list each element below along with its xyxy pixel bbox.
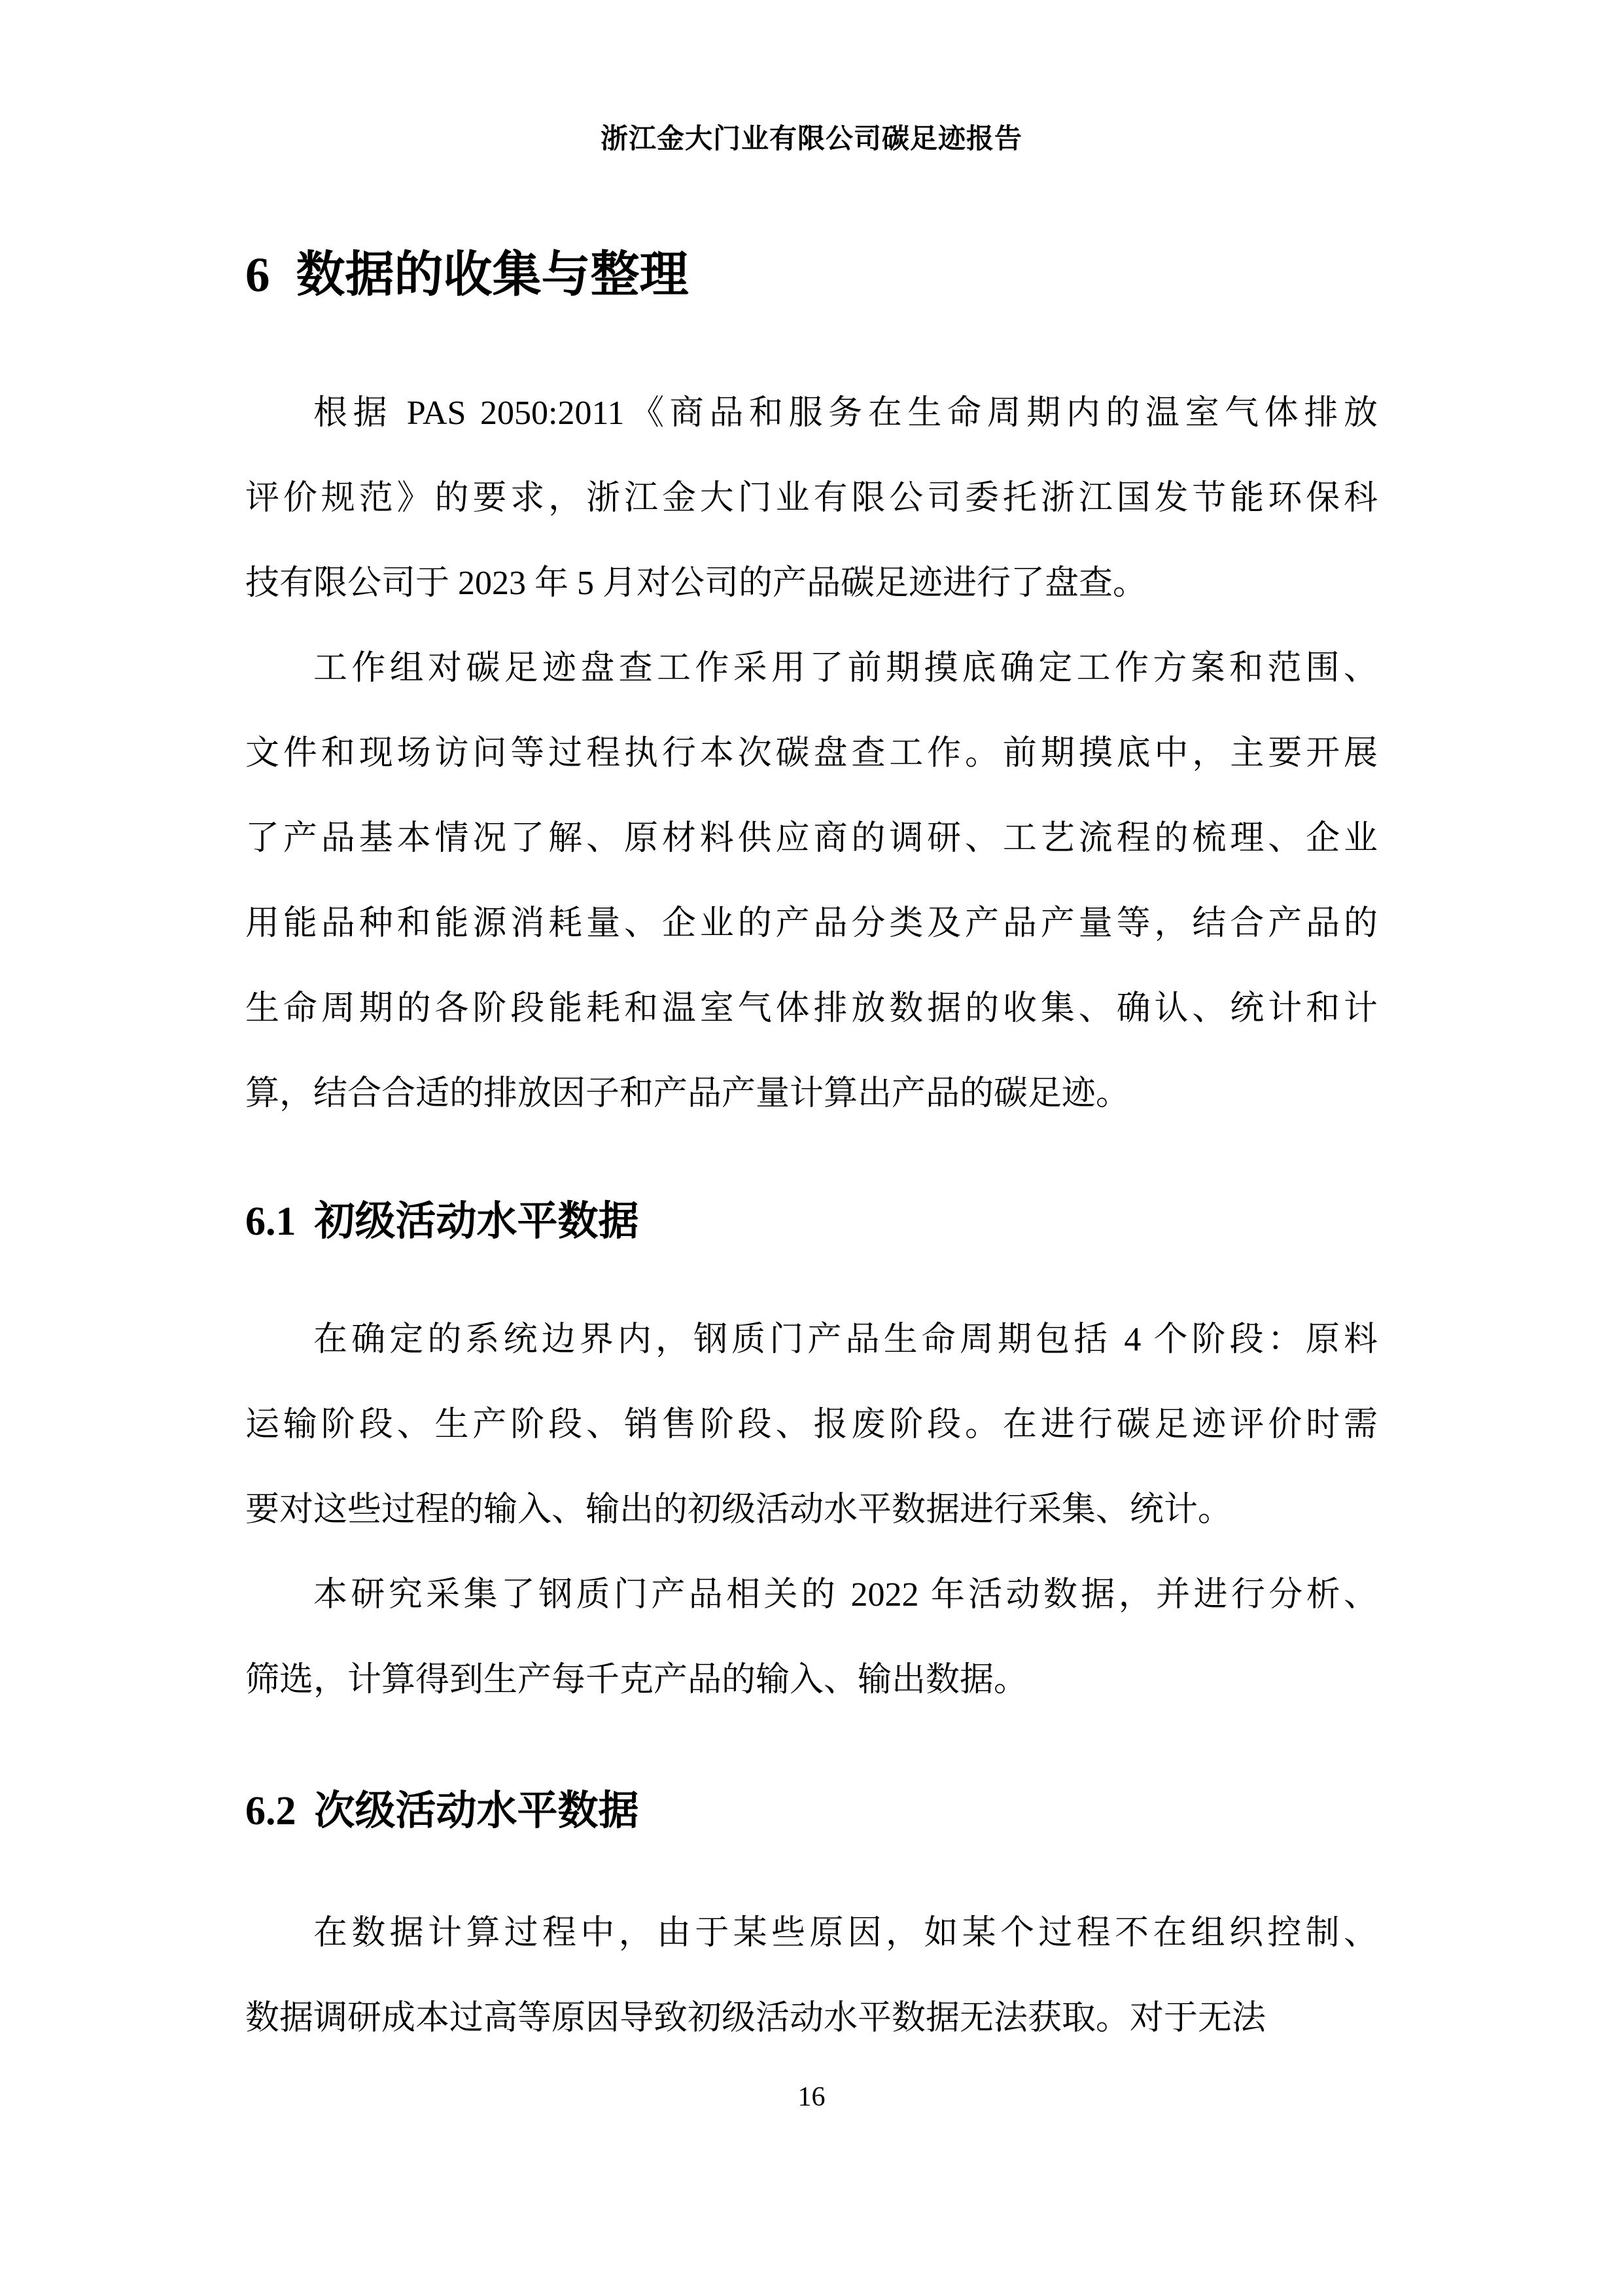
paragraph-line: 技有限公司于 2023 年 5 月对公司的产品碳足迹进行了盘查。 [245,541,1378,626]
paragraph-line: 文件和现场访问等过程执行本次碳盘查工作。前期摸底中，主要开展 [245,711,1378,796]
paragraph-line: 数据调研成本过高等原因导致初级活动水平数据无法获取。对于无法 [245,1976,1378,2061]
paragraph-line: 用能品种和能源消耗量、企业的产品分类及产品产量等，结合产品的 [245,881,1378,966]
section-number: 6.2 [245,1789,296,1833]
section-title: 次级活动水平数据 [315,1789,639,1833]
paragraph-line: 工作组对碳足迹盘查工作采用了前期摸底确定工作方案和范围、 [245,626,1378,711]
paragraph-line: 评价规范》的要求，浙江金大门业有限公司委托浙江国发节能环保科 [245,456,1378,541]
document-page: 浙江金大门业有限公司碳足迹报告 6数据的收集与整理 根据 PAS 2050:20… [0,0,1623,2296]
paragraph-line: 生命周期的各阶段能耗和温室气体排放数据的收集、确认、统计和计 [245,966,1378,1051]
paragraph-line: 在数据计算过程中，由于某些原因，如某个过程不在组织控制、 [245,1891,1378,1976]
paragraph-line: 要对这些过程的输入、输出的初级活动水平数据进行采集、统计。 [245,1468,1378,1553]
paragraph-2: 工作组对碳足迹盘查工作采用了前期摸底确定工作方案和范围、 文件和现场访问等过程执… [245,626,1378,1137]
page-number: 16 [245,2081,1378,2113]
paragraph-line: 筛选，计算得到生产每千克产品的输入、输出数据。 [245,1638,1378,1723]
paragraph-4: 本研究采集了钢质门产品相关的 2022 年活动数据，并进行分析、 筛选，计算得到… [245,1553,1378,1723]
paragraph-line: 运输阶段、生产阶段、销售阶段、报废阶段。在进行碳足迹评价时需 [245,1383,1378,1468]
section-heading-6-1: 6.1初级活动水平数据 [245,1195,1378,1248]
page-header-title: 浙江金大门业有限公司碳足迹报告 [245,124,1378,154]
chapter-heading: 6数据的收集与整理 [245,243,1378,308]
paragraph-5: 在数据计算过程中，由于某些原因，如某个过程不在组织控制、 数据调研成本过高等原因… [245,1891,1378,2061]
paragraph-line: 本研究采集了钢质门产品相关的 2022 年活动数据，并进行分析、 [245,1553,1378,1638]
chapter-title: 数据的收集与整理 [296,248,689,302]
chapter-number: 6 [245,248,270,302]
paragraph-3: 在确定的系统边界内，钢质门产品生命周期包括 4 个阶段：原料 运输阶段、生产阶段… [245,1298,1378,1553]
section-title: 初级活动水平数据 [315,1199,639,1244]
paragraph-line: 了产品基本情况了解、原材料供应商的调研、工艺流程的梳理、企业 [245,796,1378,881]
paragraph-1: 根据 PAS 2050:2011《商品和服务在生命周期内的温室气体排放 评价规范… [245,371,1378,626]
paragraph-line: 在确定的系统边界内，钢质门产品生命周期包括 4 个阶段：原料 [245,1298,1378,1383]
paragraph-line: 根据 PAS 2050:2011《商品和服务在生命周期内的温室气体排放 [245,371,1378,456]
paragraph-line: 算，结合合适的排放因子和产品产量计算出产品的碳足迹。 [245,1051,1378,1137]
section-number: 6.1 [245,1199,296,1244]
section-heading-6-2: 6.2次级活动水平数据 [245,1785,1378,1837]
